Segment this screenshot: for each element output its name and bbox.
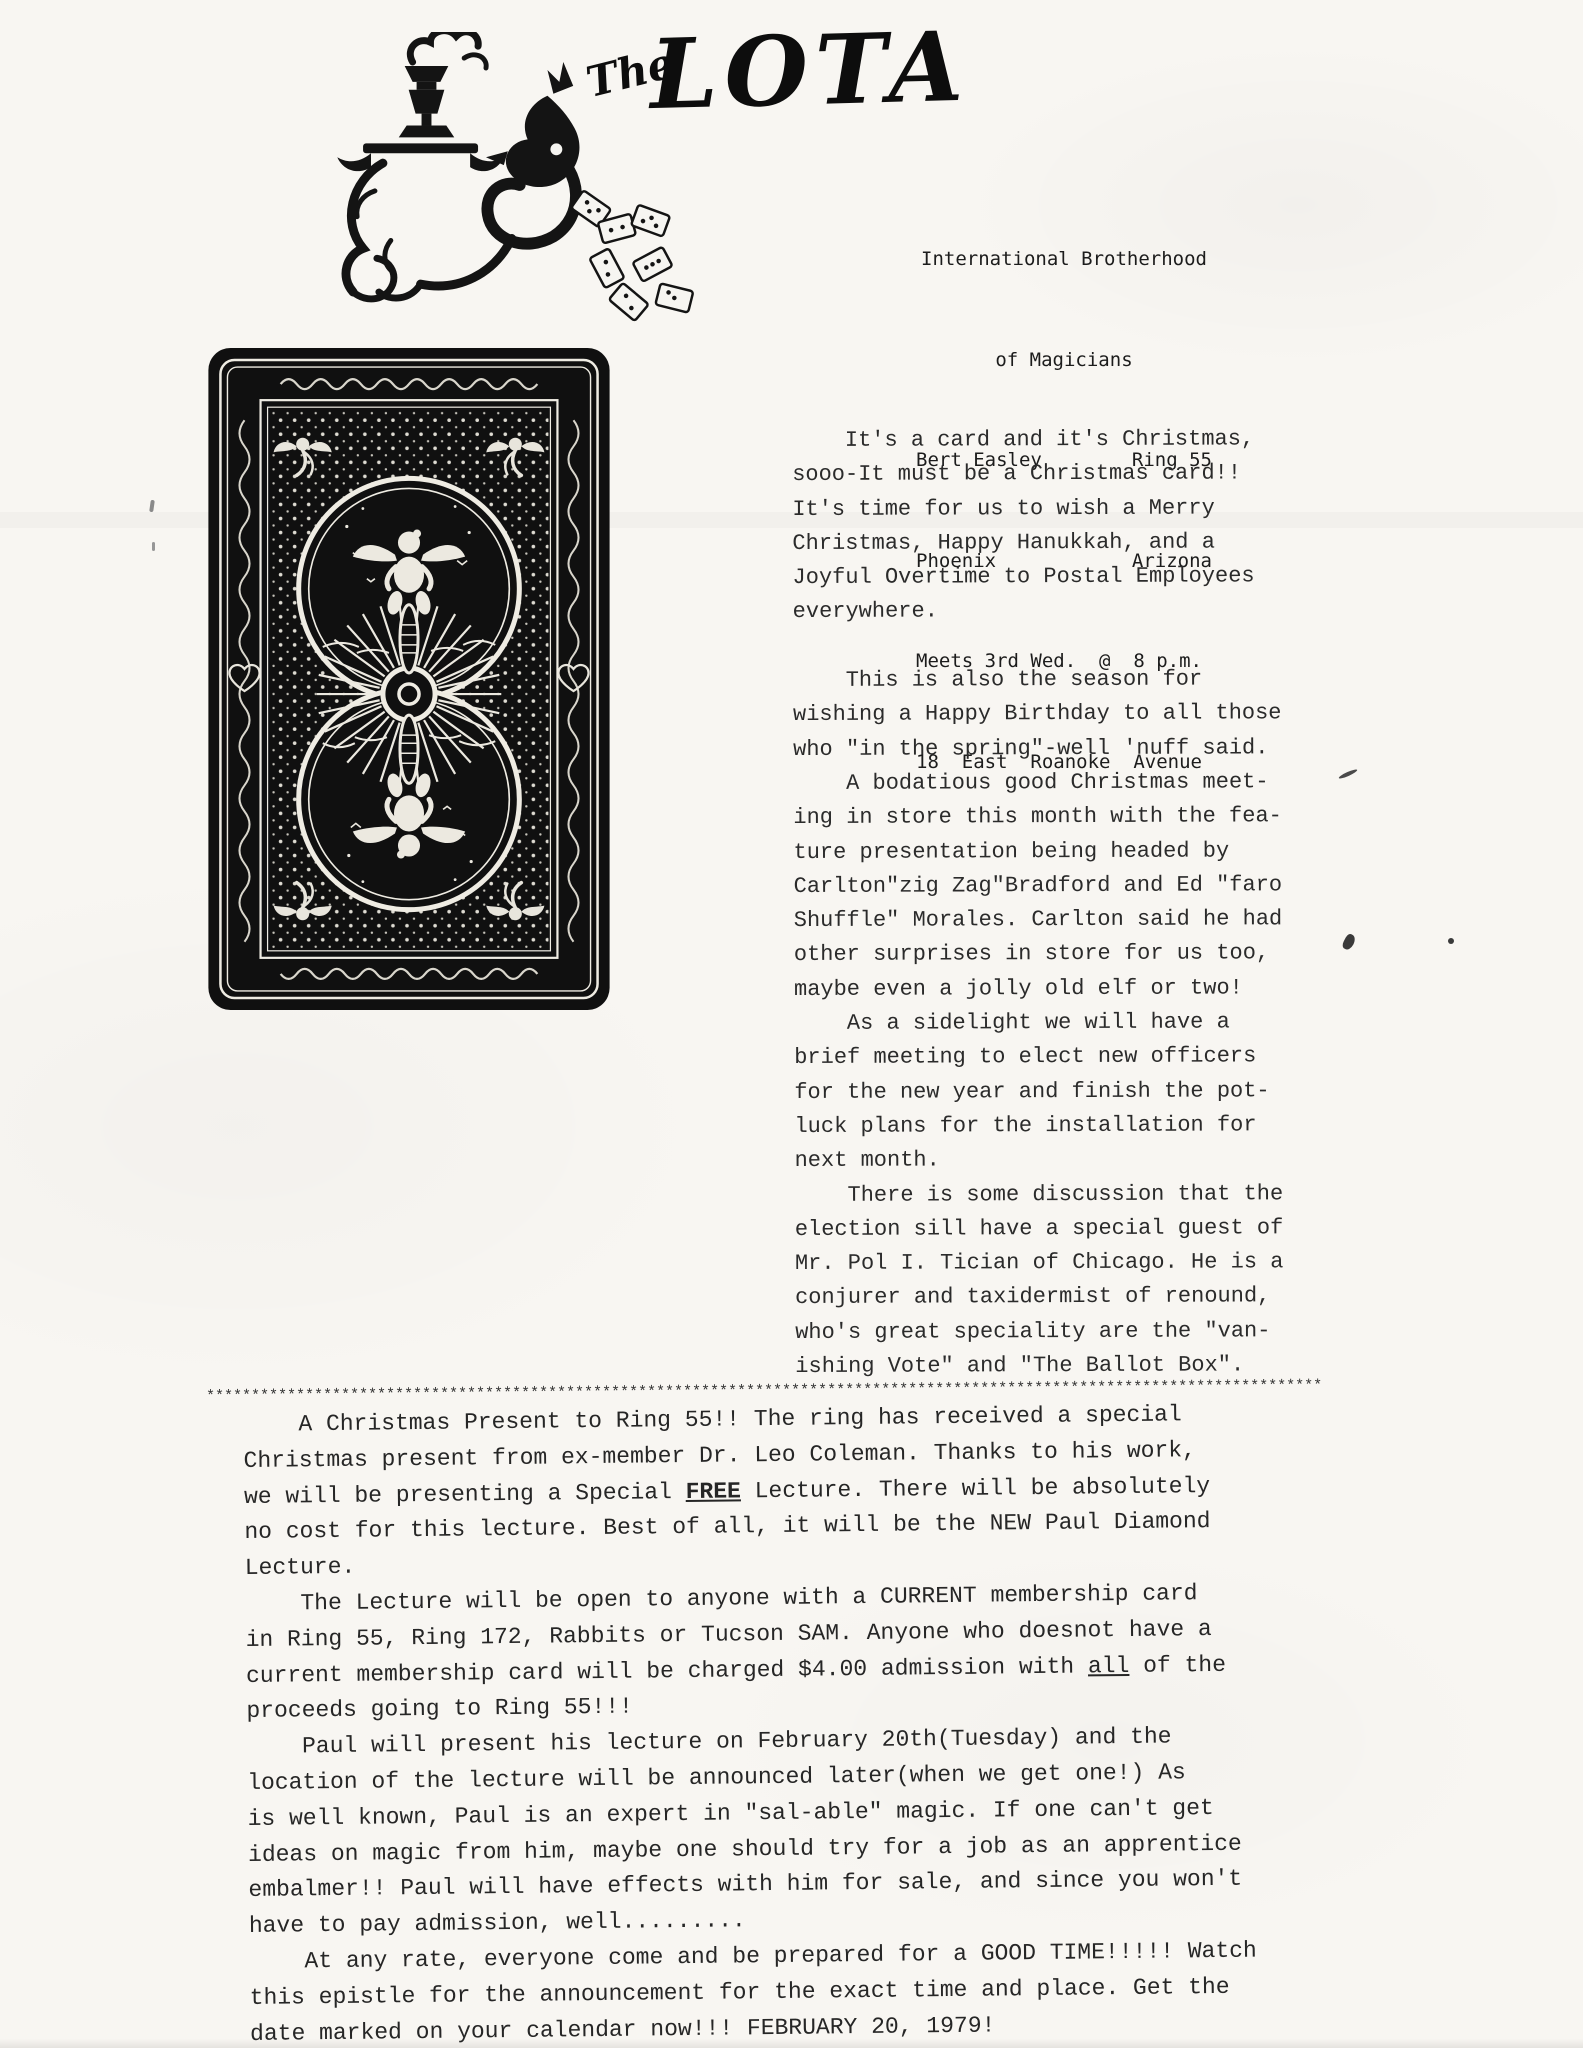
text-segment: It's a card and it's Christmas, xyxy=(792,426,1254,453)
text-segment: Christmas, Happy Hanukkah, and a xyxy=(792,529,1215,555)
scan-speck xyxy=(149,500,155,512)
text-segment: all xyxy=(1088,1653,1130,1679)
newsletter-page: The LOTA International Brotherhood of Ma… xyxy=(0,0,1583,2048)
smoke-curls-icon xyxy=(410,32,486,68)
typewritten-line: Carlton"zig Zag"Bradford and Ed "faro xyxy=(794,868,1334,904)
candelabra-icon xyxy=(337,66,504,171)
typewritten-line: election sill have a special guest of xyxy=(795,1211,1335,1247)
typewritten-line: There is some discussion that the xyxy=(795,1177,1335,1213)
text-segment: Carlton"zig Zag"Bradford and Ed "faro xyxy=(794,872,1283,899)
text-segment: As a sidelight we will have a xyxy=(794,1010,1230,1037)
text-segment: Lecture. xyxy=(245,1554,356,1581)
text-segment: luck plans for the installation for xyxy=(794,1112,1256,1139)
text-segment: At any rate, everyone come and be prepar… xyxy=(249,1937,1257,1974)
typewritten-line: for the new year and finish the pot- xyxy=(794,1074,1334,1110)
typewritten-line: other surprises in store for us too, xyxy=(794,937,1334,973)
text-segment: Joyful Overtime to Postal Employees xyxy=(792,564,1254,591)
text-segment: no cost for this lecture. Best of all, i… xyxy=(244,1508,1210,1545)
typewritten-line: wishing a Happy Birthday to all those xyxy=(793,696,1333,732)
dragon-head-icon xyxy=(486,62,579,187)
scan-speck xyxy=(1448,938,1454,944)
org-line2: of Magicians xyxy=(916,344,1212,378)
typewritten-line: Joyful Overtime to Postal Employees xyxy=(792,559,1332,595)
text-segment: brief meeting to elect new officers xyxy=(794,1044,1256,1071)
text-segment: next month. xyxy=(795,1148,940,1174)
falling-cards-icon xyxy=(571,190,693,321)
typewritten-line: luck plans for the installation for xyxy=(794,1108,1334,1144)
typewritten-line: Shuffle" Morales. Carlton said he had xyxy=(794,902,1334,938)
text-segment: This is also the season for xyxy=(793,667,1202,693)
text-segment: Mr. Pol I. Tician of Chicago. He is a xyxy=(795,1249,1284,1276)
right-text-column: It's a card and it's Christmas,sooo-It m… xyxy=(792,422,1335,1384)
text-segment: have to pay admission, well......... xyxy=(249,1907,746,1939)
text-segment: ing in store this month with the fea- xyxy=(793,804,1282,831)
typewritten-line: brief meeting to elect new officers xyxy=(794,1039,1334,1075)
text-segment: ideas on magic from him, maybe one shoul… xyxy=(248,1830,1242,1867)
text-segment: The Lecture will be open to anyone with … xyxy=(245,1580,1198,1617)
text-segment: in Ring 55, Ring 172, Rabbits or Tucson … xyxy=(245,1616,1211,1653)
typewritten-line: next month. xyxy=(795,1142,1335,1178)
text-segment: this epistle for the announcement for th… xyxy=(250,1974,1230,2011)
playing-card-back-image xyxy=(206,346,612,1012)
typewritten-line: It's time for us to wish a Merry xyxy=(792,491,1332,527)
text-segment: maybe even a jolly old elf or two! xyxy=(794,975,1243,1002)
typewritten-line: who's great speciality are the "van- xyxy=(795,1314,1335,1350)
text-segment: of the xyxy=(1129,1651,1226,1678)
typewritten-line: ture presentation being headed by xyxy=(793,834,1333,870)
dragon-eye-icon xyxy=(550,143,562,155)
typewritten-line xyxy=(793,628,1333,664)
text-segment: There is some discussion that the xyxy=(795,1181,1284,1208)
text-segment: Shuffle" Morales. Carlton said he had xyxy=(794,906,1283,933)
text-segment: we will be presenting a Special xyxy=(244,1479,686,1510)
text-segment: FREE xyxy=(686,1478,742,1505)
text-segment: current membership card will be charged … xyxy=(246,1653,1088,1689)
text-segment: Paul will present his lecture on Februar… xyxy=(247,1724,1172,1760)
typewritten-line: ing in store this month with the fea- xyxy=(793,799,1333,835)
typewritten-line: It's a card and it's Christmas, xyxy=(792,422,1332,458)
text-segment: location of the lecture will be announce… xyxy=(247,1759,1186,1796)
masthead-title: LOTA xyxy=(649,10,972,131)
typewritten-line: sooo-It must be a Christmas card!! xyxy=(792,456,1332,492)
scan-speck xyxy=(1341,933,1357,952)
text-segment: is well known, Paul is an expert in "sal… xyxy=(248,1795,1214,1832)
text-segment: for the new year and finish the pot- xyxy=(794,1078,1269,1105)
text-segment: ture presentation being headed by xyxy=(793,838,1229,865)
text-segment: sooo-It must be a Christmas card!! xyxy=(792,461,1241,488)
typewritten-line: Christmas, Happy Hanukkah, and a xyxy=(792,525,1332,561)
text-segment: embalmer!! Paul will have effects with h… xyxy=(248,1866,1242,1903)
text-segment: Lecture. There will be absolutely xyxy=(741,1473,1211,1504)
text-segment: who "in the spring"-well 'nuff said. xyxy=(793,735,1268,762)
typewritten-line: who "in the spring"-well 'nuff said. xyxy=(793,731,1333,767)
scan-edge-shadow xyxy=(0,2038,1583,2048)
text-segment: who's great speciality are the "van- xyxy=(795,1318,1270,1345)
typewritten-line: As a sidelight we will have a xyxy=(794,1005,1334,1041)
text-segment: It's time for us to wish a Merry xyxy=(792,495,1215,521)
typewritten-line: A bodatious good Christmas meet- xyxy=(793,765,1333,801)
typewritten-line: everywhere. xyxy=(793,594,1333,630)
text-segment: A Christmas Present to Ring 55!! The rin… xyxy=(243,1401,1182,1438)
typewritten-line: Mr. Pol I. Tician of Chicago. He is a xyxy=(795,1245,1335,1281)
typewritten-line: This is also the season for xyxy=(793,662,1333,698)
text-segment: everywhere. xyxy=(793,599,938,625)
text-segment: ishing Vote" and "The Ballot Box". xyxy=(795,1352,1244,1379)
text-segment: proceeds going to Ring 55!!! xyxy=(246,1694,633,1724)
typewritten-line: maybe even a jolly old elf or two! xyxy=(794,971,1334,1007)
scan-speck xyxy=(1338,768,1358,780)
text-segment: A bodatious good Christmas meet- xyxy=(793,769,1268,796)
text-segment: wishing a Happy Birthday to all those xyxy=(793,701,1282,728)
text-segment: election sill have a special guest of xyxy=(795,1215,1284,1242)
org-line1: International Brotherhood xyxy=(916,243,1212,277)
text-segment: conjurer and taxidermist of renound, xyxy=(795,1284,1270,1311)
text-segment: Christmas present from ex-member Dr. Leo… xyxy=(243,1437,1196,1474)
scan-speck xyxy=(152,542,155,551)
typewritten-line: conjurer and taxidermist of renound, xyxy=(795,1280,1335,1316)
scroll-flourish-icon xyxy=(346,163,394,299)
text-segment: other surprises in store for us too, xyxy=(794,941,1269,968)
bottom-text-section: A Christmas Present to Ring 55!! The rin… xyxy=(243,1395,1430,2048)
